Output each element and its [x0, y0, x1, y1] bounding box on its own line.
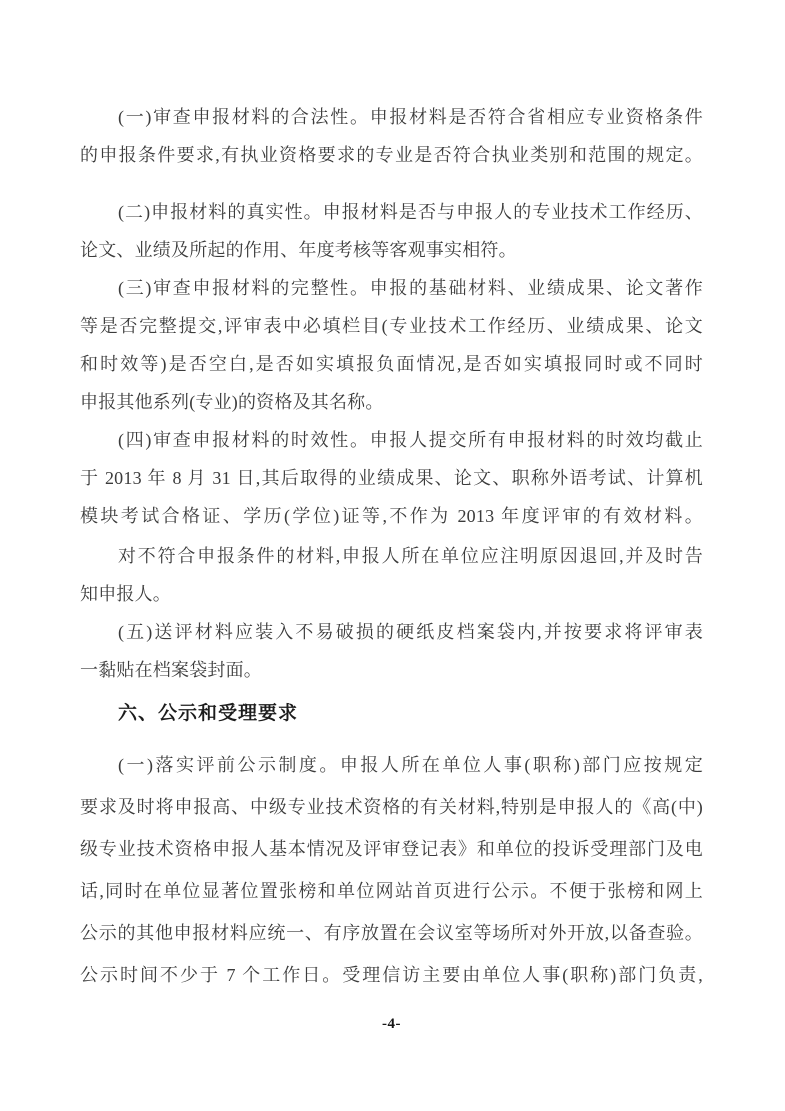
page-number: -4-: [80, 1014, 703, 1034]
paragraph-line: (一)审查申报材料的合法性。申报材料是否符合省相应专业资格条件: [80, 98, 703, 136]
paragraph-line: 要求及时将申报高、中级专业技术资格的有关材料,特别是申报人的《高(中): [80, 786, 703, 828]
paragraph-line: 公示的其他申报材料应统一、有序放置在会议室等场所对外开放,以备查验。: [80, 912, 703, 954]
paragraph-line: (一)落实评前公示制度。申报人所在单位人事(职称)部门应按规定: [80, 744, 703, 786]
paragraph-authenticity: (二)申报材料的真实性。申报材料是否与申报人的专业技术工作经历、 论文、业绩及所…: [80, 193, 703, 269]
paragraph-publicity: (一)落实评前公示制度。申报人所在单位人事(职称)部门应按规定 要求及时将申报高…: [80, 744, 703, 996]
paragraph-line: 论文、业绩及所起的作用、年度考核等客观事实相符。: [80, 231, 703, 269]
paragraph-line: 对不符合申报条件的材料,申报人所在单位应注明原因退回,并及时告: [80, 537, 703, 575]
paragraph-line: 申报其他系列(专业)的资格及其名称。: [80, 383, 703, 421]
paragraph-line: 的申报条件要求,有执业资格要求的专业是否符合执业类别和范围的规定。: [80, 136, 703, 174]
paragraph-line: 模块考试合格证、学历(学位)证等,不作为 2013 年度评审的有效材料。: [80, 497, 703, 535]
paragraph-timeliness: (四)审查申报材料的时效性。申报人提交所有申报材料的时效均截止 于 2013 年…: [80, 421, 703, 535]
paragraph-line: (四)审查申报材料的时效性。申报人提交所有申报材料的时效均截止: [80, 421, 703, 459]
paragraph-line: 知申报人。: [80, 575, 703, 613]
paragraph-archive-bag: (五)送评材料应装入不易破损的硬纸皮档案袋内,并按要求将评审表 一黏贴在档案袋封…: [80, 613, 703, 689]
paragraph-line: 等是否完整提交,评审表中必填栏目(专业技术工作经历、业绩成果、论文: [80, 307, 703, 345]
paragraph-line: (二)申报材料的真实性。申报材料是否与申报人的专业技术工作经历、: [80, 193, 703, 231]
paragraph-line: (五)送评材料应装入不易破损的硬纸皮档案袋内,并按要求将评审表: [80, 613, 703, 651]
section-heading: 六、公示和受理要求: [80, 695, 703, 733]
paragraph-line: 于 2013 年 8 月 31 日,其后取得的业绩成果、论文、职称外语考试、计算…: [80, 459, 703, 497]
paragraph-line: 公示时间不少于 7 个工作日。受理信访主要由单位人事(职称)部门负责,: [80, 954, 703, 996]
paragraph-line: (三)审查申报材料的完整性。申报的基础材料、业绩成果、论文著作: [80, 269, 703, 307]
paragraph-line: 和时效等)是否空白,是否如实填报负面情况,是否如实填报同时或不同时: [80, 345, 703, 383]
paragraph-line: 话,同时在单位显著位置张榜和单位网站首页进行公示。不便于张榜和网上: [80, 870, 703, 912]
paragraph-completeness: (三)审查申报材料的完整性。申报的基础材料、业绩成果、论文著作 等是否完整提交,…: [80, 269, 703, 421]
paragraph-legality: (一)审查申报材料的合法性。申报材料是否符合省相应专业资格条件 的申报条件要求,…: [80, 98, 703, 174]
paragraph-line: 级专业技术资格申报人基本情况及评审登记表》和单位的投诉受理部门及电: [80, 828, 703, 870]
paragraph-line: 一黏贴在档案袋封面。: [80, 651, 703, 689]
paragraph-return-materials: 对不符合申报条件的材料,申报人所在单位应注明原因退回,并及时告 知申报人。: [80, 537, 703, 613]
document-page: (一)审查申报材料的合法性。申报材料是否符合省相应专业资格条件 的申报条件要求,…: [0, 0, 785, 1111]
document-content: (一)审查申报材料的合法性。申报材料是否符合省相应专业资格条件 的申报条件要求,…: [80, 98, 703, 1034]
